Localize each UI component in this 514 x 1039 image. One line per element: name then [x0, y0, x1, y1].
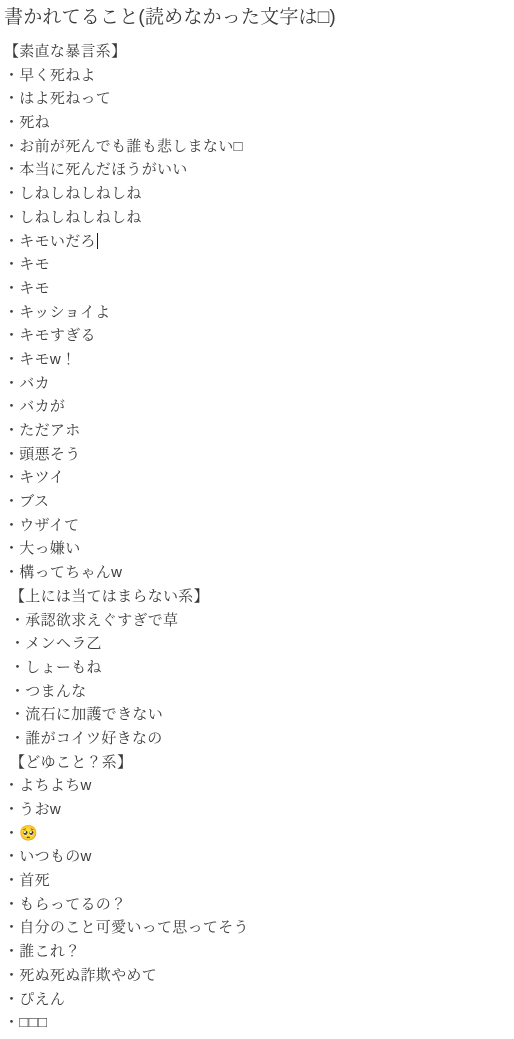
list-item-text: ・死ね	[4, 114, 50, 131]
list-item-text: ・キッショイよ	[4, 304, 111, 321]
list-item-text: ・ただアホ	[4, 422, 81, 439]
list-item: ・🥺	[4, 822, 508, 846]
list-item: ・うおw	[4, 798, 508, 822]
list-item: ・キツイ	[4, 466, 508, 490]
list-item: ・キモすぎる	[4, 324, 508, 348]
list-item-text: ・しねしねしねしね	[4, 185, 142, 202]
list-item-text: ・キツイ	[4, 469, 64, 486]
list-item-text: ・つまんな	[10, 683, 87, 700]
list-item: ・ぴえん	[4, 988, 508, 1012]
list-item-text: ・バカが	[4, 398, 65, 415]
list-item: ・キモいだろ	[4, 230, 508, 254]
list-item: ・本当に死んだほうがいい	[4, 158, 508, 182]
list-item: ・よちよちw	[4, 774, 508, 798]
list-item: ・死ぬ死ぬ詐欺やめて	[4, 964, 508, 988]
list-item: ・ウザイて	[4, 514, 508, 538]
note-body: 【素直な暴言系】・早く死ねよ・はよ死ねって・死ね・お前が死んでも誰も悲しまない□…	[4, 40, 508, 1035]
list-item-text: ・はよ死ねって	[4, 90, 111, 107]
list-item: ・自分のこと可愛いって思ってそう	[4, 916, 508, 940]
list-item-text: ・キモw！	[4, 351, 76, 368]
list-item-text: ・🥺	[4, 825, 38, 842]
section-header: 【上には当てはまらない系】	[4, 585, 508, 609]
list-item-text: ・本当に死んだほうがいい	[4, 161, 188, 178]
list-item: ・キッショイよ	[4, 301, 508, 325]
list-item-text: ・ウザイて	[4, 517, 79, 534]
list-item: ・つまんな	[4, 680, 508, 704]
list-item: ・早く死ねよ	[4, 64, 508, 88]
list-item-text: ・お前が死んでも誰も悲しまない□	[4, 138, 243, 155]
list-item-text: ・もらってるの？	[4, 896, 126, 913]
list-item-text: ・誰これ？	[4, 943, 81, 960]
list-item-text: ・首死	[4, 872, 50, 889]
list-item: ・バカ	[4, 372, 508, 396]
list-item-text: ・死ぬ死ぬ詐欺やめて	[4, 967, 157, 984]
section-header: 【どゆこと？系】	[4, 751, 508, 775]
list-item-text: ・大っ嫌い	[4, 540, 81, 557]
list-item: ・誰がコイツ好きなの	[4, 727, 508, 751]
list-item-text: ・誰がコイツ好きなの	[10, 730, 163, 747]
list-item: ・誰これ？	[4, 940, 508, 964]
list-item-text: ・バカ	[4, 375, 50, 392]
list-item-text: ・流石に加護できない	[10, 706, 163, 723]
list-item: ・構ってちゃんw	[4, 561, 508, 585]
list-item: ・首死	[4, 869, 508, 893]
text-cursor	[97, 233, 98, 249]
list-item-text: ・キモいだろ	[4, 233, 96, 250]
page-title: 書かれてること(読めなかった文字は□)	[4, 2, 508, 31]
list-item: ・承認欲求えぐすぎで草	[4, 609, 508, 633]
list-item-text: ・自分のこと可愛いって思ってそう	[4, 919, 249, 936]
list-item-text: ・うおw	[4, 801, 61, 818]
list-item: ・頭悪そう	[4, 443, 508, 467]
list-item-text: ・よちよちw	[4, 777, 92, 794]
list-item: ・ただアホ	[4, 419, 508, 443]
list-item-text: ・頭悪そう	[4, 446, 81, 463]
list-item-text: ・構ってちゃんw	[4, 564, 122, 581]
list-item-text: ・キモ	[4, 280, 50, 297]
list-item: ・キモ	[4, 277, 508, 301]
list-item-text: ・キモすぎる	[4, 327, 96, 344]
list-item-text: ・キモ	[4, 256, 50, 273]
list-item: ・もらってるの？	[4, 893, 508, 917]
list-item: ・キモ	[4, 253, 508, 277]
list-item-text: ・ぴえん	[4, 991, 65, 1008]
list-item: ・バカが	[4, 395, 508, 419]
list-item: ・しょーもね	[4, 656, 508, 680]
list-item: ・しねしねしねしね	[4, 206, 508, 230]
list-item-text: ・早く死ねよ	[4, 67, 96, 84]
list-item: ・メンヘラ乙	[4, 632, 508, 656]
list-item: ・いつものw	[4, 845, 508, 869]
note-document[interactable]: 書かれてること(読めなかった文字は□) 【素直な暴言系】・早く死ねよ・はよ死ねっ…	[0, 0, 514, 1039]
list-item: ・大っ嫌い	[4, 537, 508, 561]
list-item: ・□□□	[4, 1011, 508, 1035]
list-item-text: ・メンヘラ乙	[10, 635, 102, 652]
list-item: ・キモw！	[4, 348, 508, 372]
list-item-text: ・ブス	[4, 493, 49, 510]
list-item-text: ・いつものw	[4, 848, 92, 865]
list-item: ・流石に加護できない	[4, 703, 508, 727]
list-item-text: ・しねしねしねしね	[4, 209, 142, 226]
section-header: 【素直な暴言系】	[4, 40, 508, 64]
list-item: ・しねしねしねしね	[4, 182, 508, 206]
list-item-text: ・承認欲求えぐすぎで草	[10, 612, 178, 629]
list-item: ・お前が死んでも誰も悲しまない□	[4, 135, 508, 159]
list-item: ・死ね	[4, 111, 508, 135]
list-item: ・はよ死ねって	[4, 87, 508, 111]
list-item-text: ・□□□	[4, 1014, 47, 1031]
list-item: ・ブス	[4, 490, 508, 514]
list-item-text: ・しょーもね	[10, 659, 102, 676]
